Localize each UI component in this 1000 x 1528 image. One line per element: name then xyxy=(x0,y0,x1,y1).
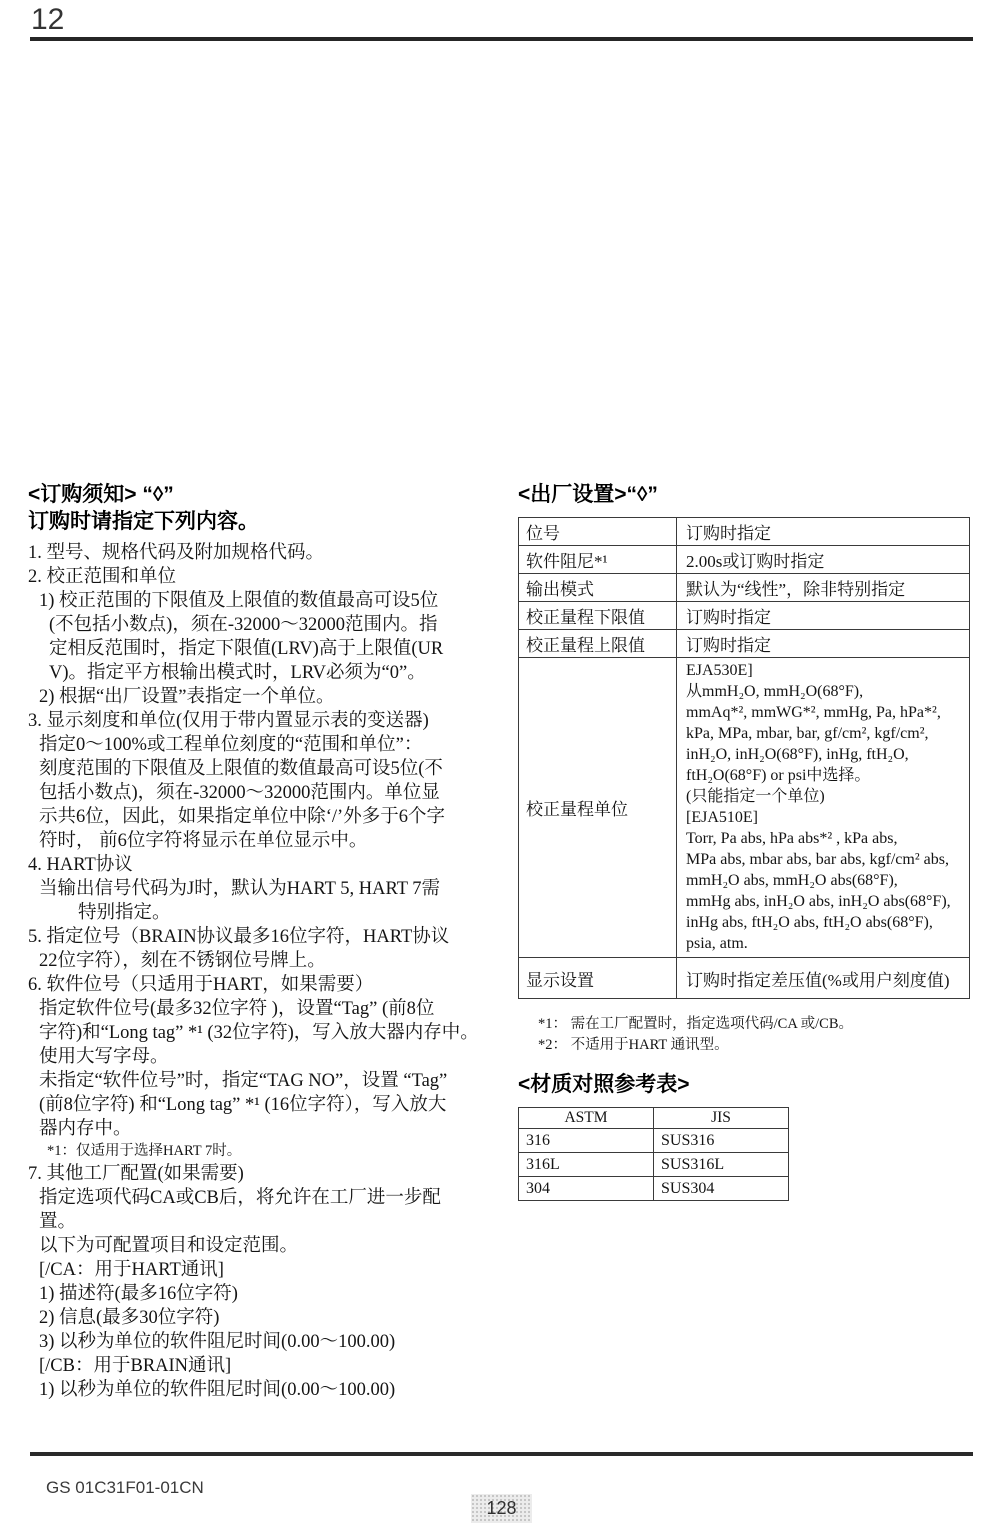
ordering-note-line: 使用大写字母。 xyxy=(28,1045,504,1069)
material-header-row: ASTMJIS xyxy=(519,1108,789,1129)
ordering-lines: 1. 型号、规格代码及附加规格代码。2. 校正范围和单位1) 校正范围的下限值及… xyxy=(28,541,504,1402)
ordering-note-line: 1) 描述符(最多16位字符) xyxy=(28,1282,504,1306)
settings-label-cell: 校正量程下限值 xyxy=(519,602,677,630)
settings-value-cell: EJA530E]从mmH₂O, mmH₂O(68°F),mmAq*², mmWG… xyxy=(677,658,970,958)
top-rule xyxy=(30,37,973,41)
settings-label-cell: 软件阻尼*¹ xyxy=(519,546,677,574)
ordering-note-line: 字符)和“Long tag” *¹ (32位字符)，写入放大器内存中。 xyxy=(28,1021,504,1045)
ordering-subheading: 订购时请指定下列内容。 xyxy=(28,508,504,536)
unit-list-line: [EJA510E] xyxy=(686,807,967,828)
settings-value-cell: 订购时指定 xyxy=(677,630,970,658)
ordering-note-line: 定相反范围时，指定下限值(LRV)高于上限值(UR xyxy=(28,637,504,661)
ordering-note-line: 3) 以秒为单位的软件阻尼时间(0.00～100.00) xyxy=(28,1330,504,1354)
ordering-note-line: 符时， 前6位字符将显示在单位显示中。 xyxy=(28,829,504,853)
settings-table: 位号订购时指定软件阻尼*¹2.00s或订购时指定输出模式默认为“线性”，除非特别… xyxy=(518,517,970,999)
ordering-note-line: 指定软件位号(最多32位字符 )，设置“Tag” (前8位 xyxy=(28,997,504,1021)
unit-list-line: mmAq*², mmWG*², mmHg, Pa, hPa*², xyxy=(686,702,967,723)
ordering-heading: <订购须知> “◊” xyxy=(28,481,504,508)
material-table-body: ASTMJIS316SUS316316LSUS316L304SUS304 xyxy=(519,1108,789,1201)
footer-doc-number: GS 01C31F01-01CN xyxy=(46,1478,204,1498)
ordering-note-line: 2) 信息(最多30位字符) xyxy=(28,1306,504,1330)
chapter-number: 12 xyxy=(31,3,64,37)
ordering-note-line: 7. 其他工厂配置(如果需要) xyxy=(28,1162,504,1186)
ordering-note-line: 5. 指定位号（BRAIN协议最多16位字符，HART协议 xyxy=(28,925,504,949)
settings-label-cell: 位号 xyxy=(519,518,677,546)
ordering-note-line: 特别指定。 xyxy=(28,901,504,925)
unit-list-line: MPa abs, mbar abs, bar abs, kgf/cm² abs, xyxy=(686,849,967,870)
page-container: 12 <订购须知> “◊” 订购时请指定下列内容。 1. 型号、规格代码及附加规… xyxy=(0,0,1000,1528)
material-header-cell: ASTM xyxy=(519,1108,654,1129)
ordering-note-line: 1. 型号、规格代码及附加规格代码。 xyxy=(28,541,504,565)
unit-list-line: EJA530E] xyxy=(686,660,967,681)
ordering-note-line: [/CB：用于BRAIN通讯] xyxy=(28,1354,504,1378)
settings-label-cell: 校正量程单位 xyxy=(519,658,677,958)
ordering-note-line: 指定0～100%或工程单位刻度的“范围和单位”： xyxy=(28,733,504,757)
unit-list-line: (只能指定一个单位) xyxy=(686,786,967,807)
ordering-note-line: 1) 以秒为单位的软件阻尼时间(0.00～100.00) xyxy=(28,1378,504,1402)
settings-label-cell: 输出模式 xyxy=(519,574,677,602)
settings-table-body: 位号订购时指定软件阻尼*¹2.00s或订购时指定输出模式默认为“线性”，除非特别… xyxy=(519,518,970,999)
settings-row: 校正量程下限值订购时指定 xyxy=(519,602,970,630)
material-heading: <材质对照参考表> xyxy=(518,1071,970,1098)
settings-row: 校正量程单位EJA530E]从mmH₂O, mmH₂O(68°F),mmAq*²… xyxy=(519,658,970,958)
unit-list-line: inHg abs, ftH₂O abs, ftH₂O abs(68°F), xyxy=(686,912,967,933)
ordering-note-line: *1：仅适用于选择HART 7时。 xyxy=(28,1141,504,1162)
ordering-note-line: 器内存中。 xyxy=(28,1117,504,1141)
unit-list-line: mmHg abs, inH₂O abs, inH₂O abs(68°F), xyxy=(686,891,967,912)
ordering-note-line: 置。 xyxy=(28,1210,504,1234)
unit-list-line: 从mmH₂O, mmH₂O(68°F), xyxy=(686,681,967,702)
ordering-note-line: 6. 软件位号（只适用于HART，如果需要） xyxy=(28,973,504,997)
ordering-note-line: 1) 校正范围的下限值及上限值的数值最高可设5位 xyxy=(28,589,504,613)
material-cell: 304 xyxy=(519,1177,654,1201)
factory-settings-section: <出厂设置>“◊” 位号订购时指定软件阻尼*¹2.00s或订购时指定输出模式默认… xyxy=(518,481,970,1201)
ordering-note-line: 2. 校正范围和单位 xyxy=(28,565,504,589)
footnote-line: *2： 不适用于HART 通讯型。 xyxy=(538,1035,970,1056)
ordering-note-line: [/CA：用于HART通讯] xyxy=(28,1258,504,1282)
ordering-note-line: 22位字符），刻在不锈钢位号牌上。 xyxy=(28,949,504,973)
ordering-note-line: 4. HART协议 xyxy=(28,853,504,877)
ordering-note-line: 示共6位，因此，如果指定单位中除‘/’外多于6个字 xyxy=(28,805,504,829)
settings-value-cell: 订购时指定 xyxy=(677,602,970,630)
unit-list-line: ftH₂O(68°F) or psi中选择。 xyxy=(686,765,967,786)
unit-list-line: kPa, MPa, mbar, bar, gf/cm², kgf/cm², xyxy=(686,723,967,744)
ordering-note-line: 3. 显示刻度和单位(仅用于带内置显示表的变送器) xyxy=(28,709,504,733)
unit-list-line: inH₂O, inH₂O(68°F), inHg, ftH₂O, xyxy=(686,744,967,765)
settings-value-cell: 默认为“线性”，除非特别指定 xyxy=(677,574,970,602)
settings-row: 显示设置订购时指定差压值(%或用户刻度值) xyxy=(519,958,970,999)
unit-list-line: psia, atm. xyxy=(686,933,967,954)
material-row: 316SUS316 xyxy=(519,1129,789,1153)
material-table: ASTMJIS316SUS316316LSUS316L304SUS304 xyxy=(518,1107,789,1201)
bottom-rule xyxy=(30,1452,973,1456)
ordering-note-line: 以下为可配置项目和设定范围。 xyxy=(28,1234,504,1258)
ordering-note-line: 当输出信号代码为J时，默认为HART 5, HART 7需 xyxy=(28,877,504,901)
ordering-note-line: 指定选项代码CA或CB后，将允许在工厂进一步配 xyxy=(28,1186,504,1210)
unit-list-line: Torr, Pa abs, hPa abs*² , kPa abs, xyxy=(686,828,967,849)
ordering-section: <订购须知> “◊” 订购时请指定下列内容。 1. 型号、规格代码及附加规格代码… xyxy=(28,481,504,1402)
factory-settings-heading: <出厂设置>“◊” xyxy=(518,481,970,508)
footnote-line: *1： 需在工厂配置时，指定选项代码/CA 或/CB。 xyxy=(538,1014,970,1035)
footer-page-number: 128 xyxy=(471,1494,532,1523)
settings-row: 校正量程上限值订购时指定 xyxy=(519,630,970,658)
ordering-note-line: (不包括小数点)，须在-32000～32000范围内。指 xyxy=(28,613,504,637)
settings-footnotes: *1： 需在工厂配置时，指定选项代码/CA 或/CB。*2： 不适用于HART … xyxy=(538,1014,970,1056)
settings-value-cell: 订购时指定差压值(%或用户刻度值) xyxy=(677,958,970,999)
material-row: 304SUS304 xyxy=(519,1177,789,1201)
material-cell: SUS316 xyxy=(654,1129,789,1153)
material-cell: SUS316L xyxy=(654,1153,789,1177)
settings-row: 位号订购时指定 xyxy=(519,518,970,546)
ordering-note-line: 未指定“软件位号”时，指定“TAG NO”，设置 “Tag” xyxy=(28,1069,504,1093)
material-cell: 316L xyxy=(519,1153,654,1177)
settings-value-cell: 2.00s或订购时指定 xyxy=(677,546,970,574)
material-row: 316LSUS316L xyxy=(519,1153,789,1177)
ordering-note-line: V)。指定平方根输出模式时，LRV必须为“0”。 xyxy=(28,661,504,685)
material-header-cell: JIS xyxy=(654,1108,789,1129)
settings-row: 软件阻尼*¹2.00s或订购时指定 xyxy=(519,546,970,574)
settings-row: 输出模式默认为“线性”，除非特别指定 xyxy=(519,574,970,602)
unit-list-line: mmH₂O abs, mmH₂O abs(68°F), xyxy=(686,870,967,891)
ordering-note-line: 刻度范围的下限值及上限值的数值最高可设5位(不 xyxy=(28,757,504,781)
ordering-note-line: 2) 根据“出厂设置”表指定一个单位。 xyxy=(28,685,504,709)
material-cell: 316 xyxy=(519,1129,654,1153)
settings-label-cell: 校正量程上限值 xyxy=(519,630,677,658)
material-cell: SUS304 xyxy=(654,1177,789,1201)
settings-value-cell: 订购时指定 xyxy=(677,518,970,546)
settings-label-cell: 显示设置 xyxy=(519,958,677,999)
ordering-note-line: (前8位字符) 和“Long tag” *¹ (16位字符），写入放大 xyxy=(28,1093,504,1117)
ordering-note-line: 包括小数点)，须在-32000～32000范围内。单位显 xyxy=(28,781,504,805)
